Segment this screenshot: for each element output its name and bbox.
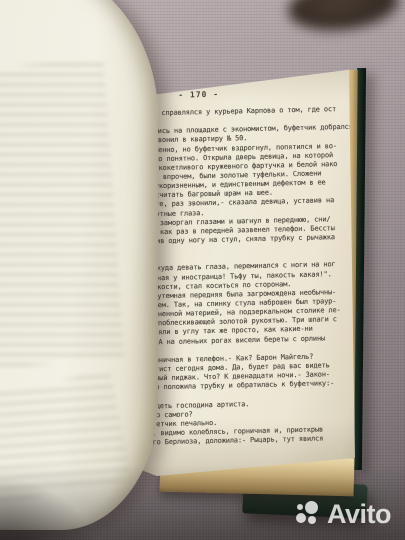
typewritten-line: ными стояли в углу так же просто, как ка… [126, 324, 364, 339]
typewritten-line: рила горничная в телефон.- Как? Барон Ма… [126, 351, 364, 366]
typewritten-line: ные распутные глаза. [123, 205, 361, 220]
typewritten-line: ая и полутемная передняя была загроможде… [125, 287, 363, 302]
typewritten-line: е: [124, 242, 362, 257]
typewritten-line: орничная положила трубку и обратилась к … [127, 379, 365, 394]
photo-of-open-book: 328 - 170 - о, что он справлялся у курье… [0, 0, 405, 540]
avito-logo-icon [295, 500, 324, 529]
typewritten-line: ага с поблескивающей золотой рукоятью. Т… [125, 315, 363, 330]
typewritten-line [126, 342, 364, 357]
typewritten-line: одеянием. Так, на спинку стула наброшен … [125, 296, 363, 311]
typewritten-line: поставив одну ногу на стул, сняла трубку… [124, 233, 362, 248]
typewritten-line: один артист сегодня дома. Да, будет рад … [126, 360, 364, 375]
typewritten-line: трости. А на оленьих рогах висели береты… [126, 333, 364, 348]
typewritten-line: окойного Берлиоза, доложила:- Рыцарь, ту… [128, 434, 366, 449]
typewritten-line: но было считать багровый шрам на шее. [123, 187, 361, 202]
typewritten-line: лась безукоризненным, и единственным деф… [122, 178, 360, 193]
typewritten-line: сь от пакости, стал коситься по сторонам… [125, 278, 363, 293]
left-page-curl [0, 0, 158, 530]
typewritten-line: димо видеть господина артиста. [127, 397, 365, 412]
avito-watermark: Avito [295, 500, 391, 529]
typewritten-line: ч охнул, заморгал глазами и шагнул в пер… [123, 214, 361, 229]
typewritten-line: или черный пиджак. Что? К двенадцати ноч… [127, 370, 365, 385]
typewritten-line: я горничная у иностранца! Тьфу ты, пакос… [124, 269, 362, 284]
blurred-text-show-through [0, 60, 124, 369]
avito-wordmark: Avito [327, 500, 391, 529]
typewritten-line: тил буфетчик печально. [128, 415, 366, 430]
page-number: - 170 - [178, 87, 358, 100]
typewritten-line: тый огненной материей, на подзеркальном … [125, 306, 363, 321]
typewritten-line: е знал, куда девать глаза, переминался с… [124, 260, 362, 275]
typewritten-line [124, 251, 362, 266]
typewritten-line: казала, видимо колеблясь, горничная и, п… [128, 424, 366, 439]
typewritten-line: ж „входите, раз звонили,- сказала девица… [123, 196, 361, 211]
blurred-text-show-through [0, 371, 131, 508]
typewritten-line: то время как раз в передней зазвенел тел… [123, 223, 361, 238]
typewritten-line: таки его самого? [127, 406, 365, 421]
typewritten-line [127, 388, 365, 403]
